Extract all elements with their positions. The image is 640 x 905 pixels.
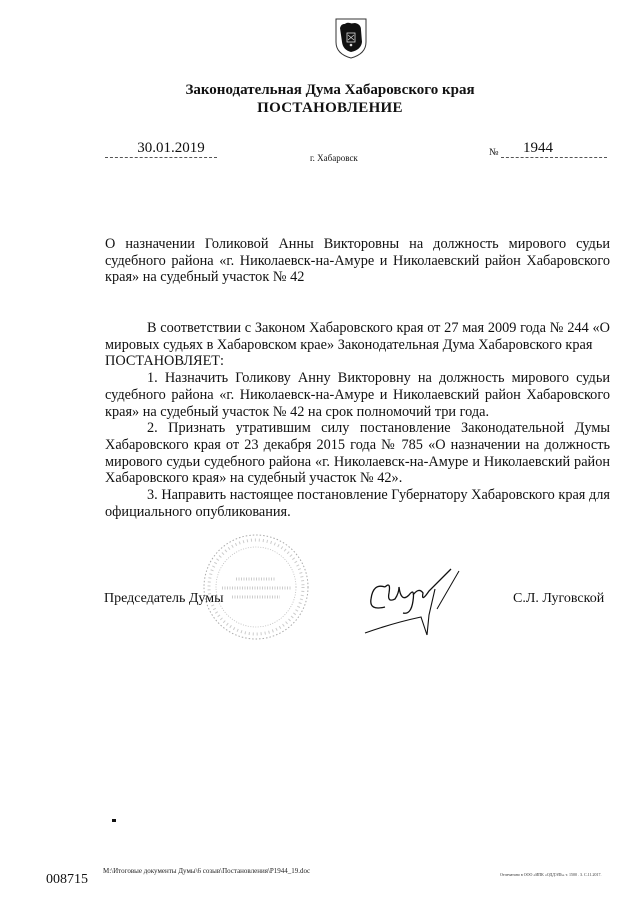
date-underline <box>105 157 217 158</box>
signer-name: С.Л. Луговской <box>513 591 604 607</box>
official-seal-icon <box>200 532 312 642</box>
handwritten-signature-icon <box>363 565 473 637</box>
organization-name: Законодательная Дума Хабаровского края <box>0 82 640 99</box>
document-body: В соответствии с Законом Хабаровского кр… <box>105 320 610 520</box>
item-1: 1. Назначить Голикову Анну Викторовну на… <box>105 370 610 420</box>
document-type: ПОСТАНОВЛЕНИЕ <box>0 100 640 117</box>
preamble: В соответствии с Законом Хабаровского кр… <box>105 320 610 353</box>
mark-dot <box>112 819 116 822</box>
number-field: 1944 <box>501 140 607 158</box>
item-2: 2. Признать утратившим силу постановлени… <box>105 420 610 487</box>
chairman-position: Председатель Думы <box>104 591 224 607</box>
number-sign: № <box>489 147 499 158</box>
resolves-heading: ПОСТАНОВЛЯЕТ: <box>105 353 610 370</box>
document-date: 30.01.2019 <box>105 140 217 157</box>
city: г. Хабаровск <box>310 153 358 163</box>
registration-number: 008715 <box>46 872 88 888</box>
item-3: 3. Направить настоящее постановление Губ… <box>105 487 610 520</box>
coat-of-arms-icon <box>333 16 369 60</box>
document-title: О назначении Голиковой Анны Викторовны н… <box>105 236 610 286</box>
number-underline <box>501 157 607 158</box>
date-field: 30.01.2019 <box>105 140 217 158</box>
document-number: 1944 <box>501 140 607 157</box>
printer-note: Отпечатано в ООО «ИПК «ОДДЭЛЬ» т. 1500 .… <box>500 872 601 877</box>
file-path: M:\Итоговые документы Думы\6 созыв\Поста… <box>103 867 310 875</box>
